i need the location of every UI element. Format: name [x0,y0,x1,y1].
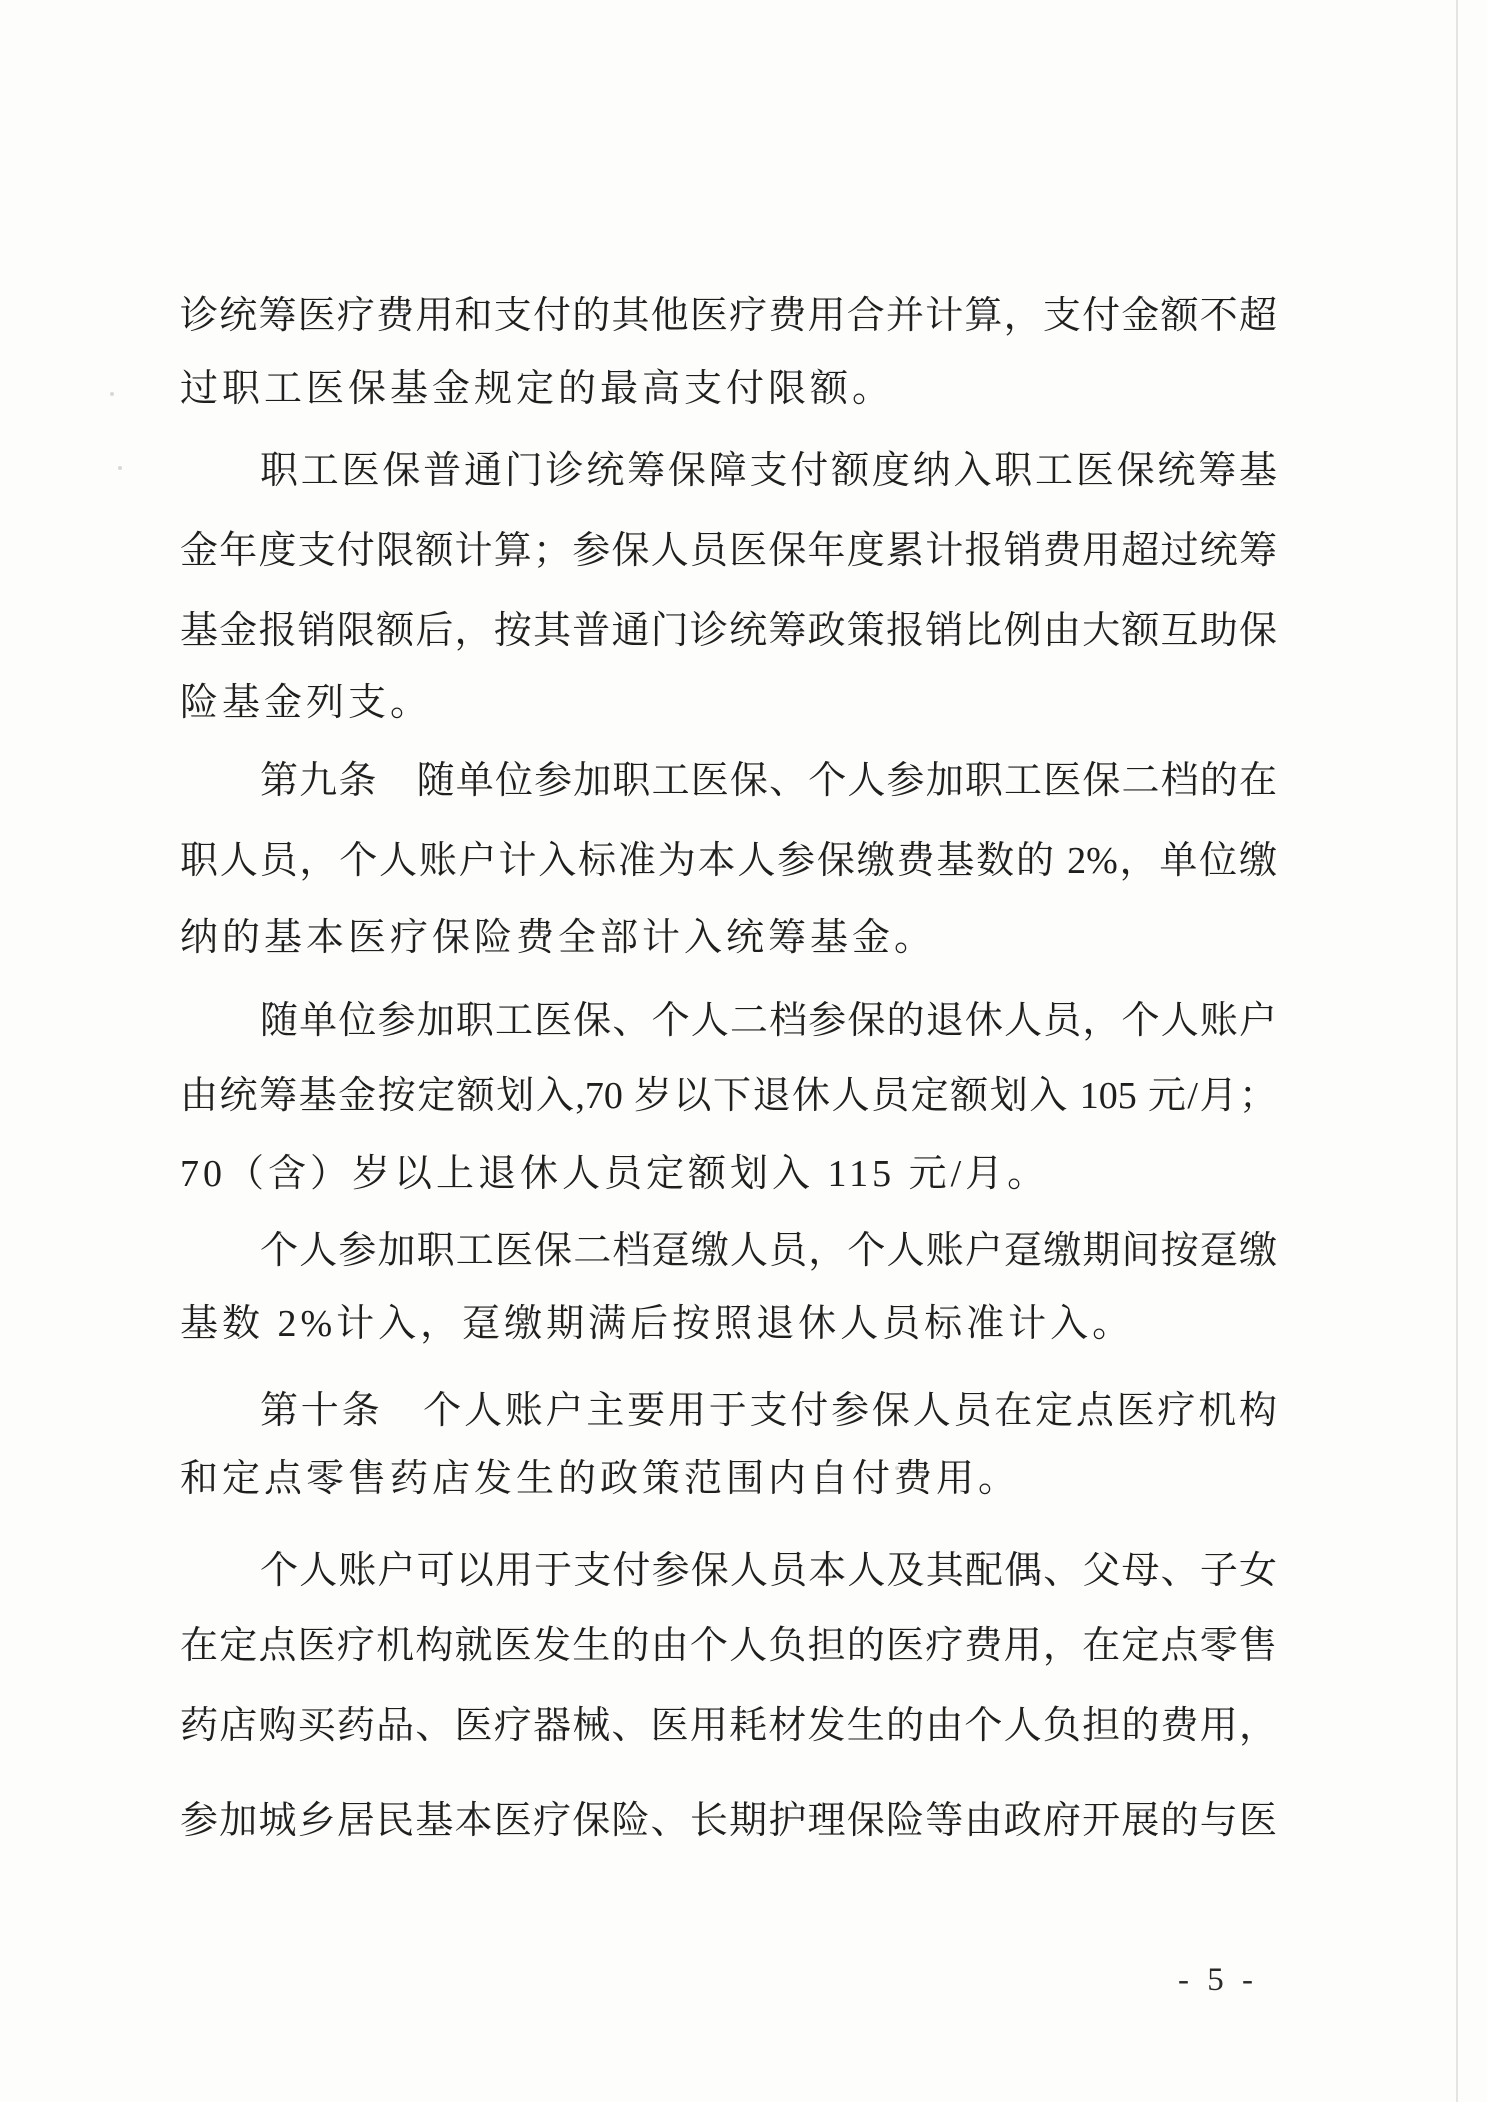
text-line: 70（含）岁以上退休人员定额划入 115 元/月。 [180,1153,1277,1211]
text-line: 随单位参加职工医保、个人二档参保的退休人员，个人账户 [260,1000,1277,1058]
document-page: 诊统筹医疗费用和支付的其他医疗费用合并计算，支付金额不超过职工医保基金规定的最高… [0,0,1487,2102]
text-line: 基金报销限额后，按其普通门诊统筹政策报销比例由大额互助保 [180,610,1277,668]
text-line: 由统筹基金按定额划入,70 岁以下退休人员定额划入 105 元/月； [180,1075,1277,1133]
text-line: 金年度支付限额计算；参保人员医保年度累计报销费用超过统筹 [180,530,1277,588]
text-line: 诊统筹医疗费用和支付的其他医疗费用合并计算，支付金额不超 [180,295,1277,353]
text-column: 诊统筹医疗费用和支付的其他医疗费用合并计算，支付金额不超过职工医保基金规定的最高… [0,0,1487,2102]
text-line: 在定点医疗机构就医发生的由个人负担的医疗费用，在定点零售 [180,1625,1277,1683]
text-line: 第九条 随单位参加职工医保、个人参加职工医保二档的在 [260,760,1277,818]
text-line: 过职工医保基金规定的最高支付限额。 [180,368,1277,426]
text-line: 第十条 个人账户主要用于支付参保人员在定点医疗机构 [260,1390,1277,1448]
text-line: 药店购买药品、医疗器械、医用耗材发生的由个人负担的费用， [180,1705,1277,1763]
text-line: 基数 2%计入，趸缴期满后按照退休人员标准计入。 [180,1303,1277,1361]
text-line: 职工医保普通门诊统筹保障支付额度纳入职工医保统筹基 [260,450,1277,508]
text-line: 和定点零售药店发生的政策范围内自付费用。 [180,1458,1277,1516]
text-line: 职人员，个人账户计入标准为本人参保缴费基数的 2%，单位缴 [180,840,1277,898]
text-line: 个人参加职工医保二档趸缴人员，个人账户趸缴期间按趸缴 [260,1230,1277,1288]
page-number: - 5 - [1178,1962,1288,1999]
text-line: 个人账户可以用于支付参保人员本人及其配偶、父母、子女 [260,1550,1277,1608]
text-line: 参加城乡居民基本医疗保险、长期护理保险等由政府开展的与医 [180,1800,1277,1858]
text-line: 险基金列支。 [180,682,1277,740]
text-line: 纳的基本医疗保险费全部计入统筹基金。 [180,917,1277,975]
